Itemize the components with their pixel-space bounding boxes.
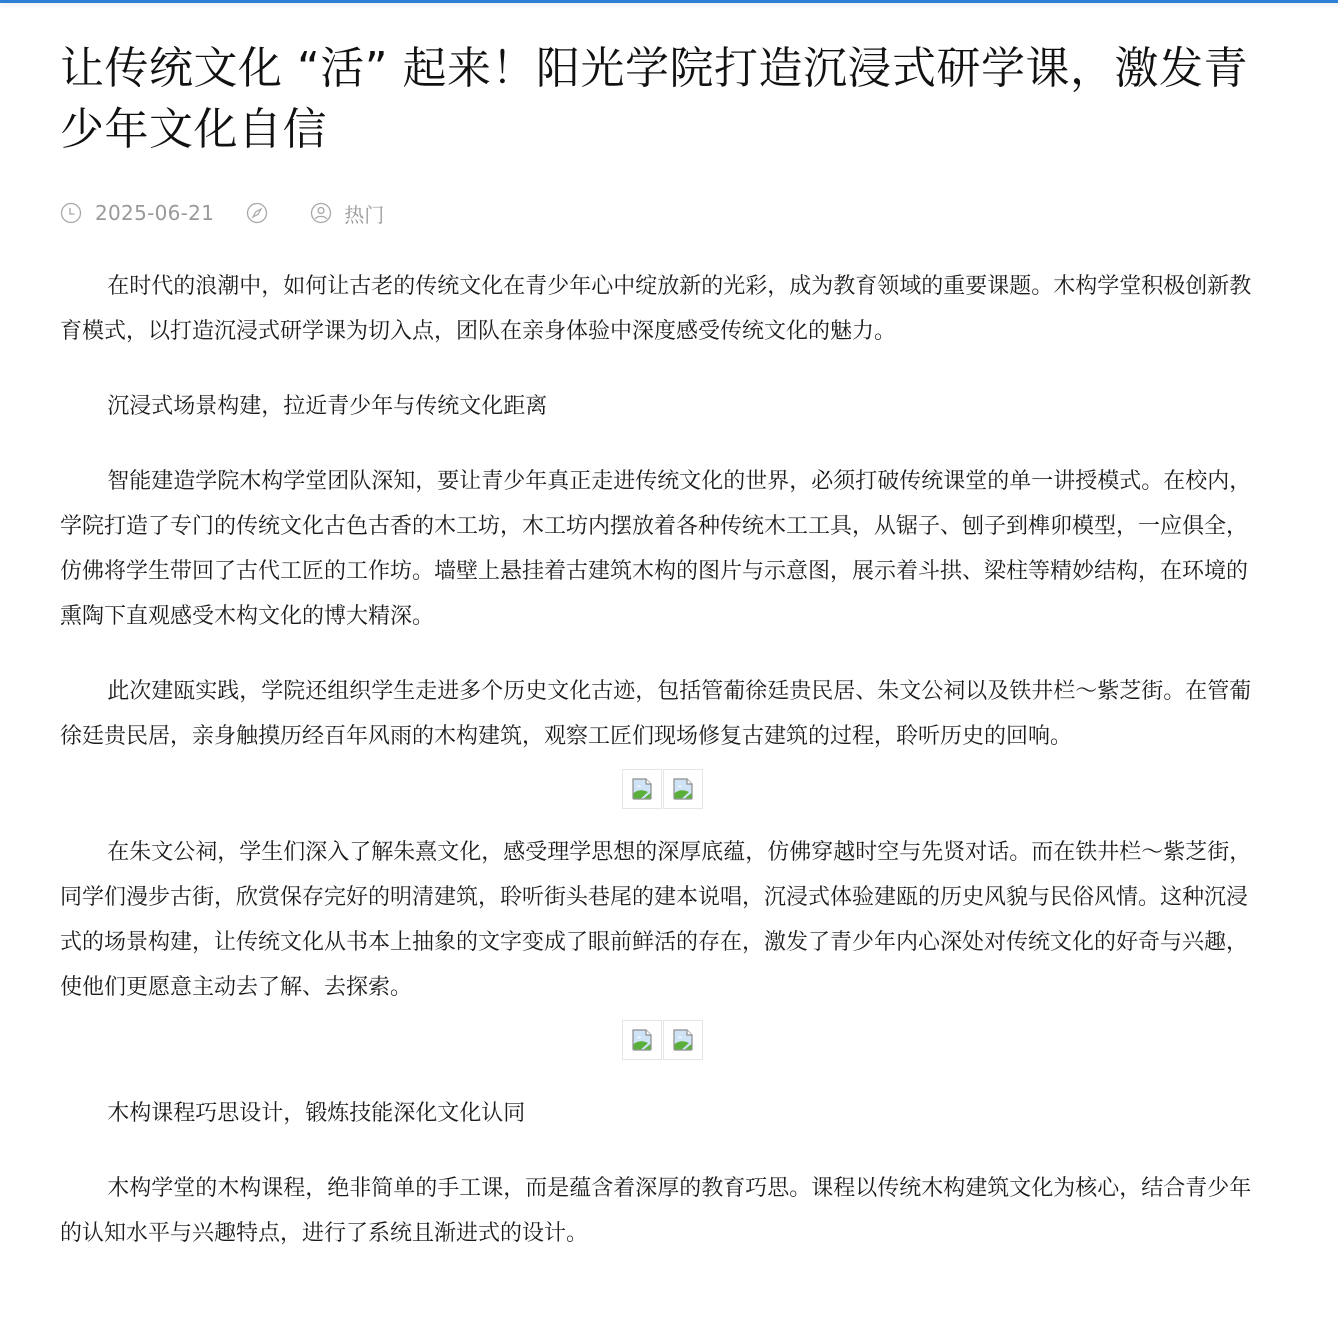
user-icon xyxy=(310,202,332,224)
section-heading: 沉浸式场景构建，拉近青少年与传统文化距离 xyxy=(60,384,1265,429)
top-accent-bar xyxy=(0,0,1338,3)
hot-tag: 热门 xyxy=(344,199,384,228)
image-row xyxy=(60,1020,1265,1061)
paragraph: 在时代的浪潮中，如何让古老的传统文化在青少年心中绽放新的光彩，成为教育领域的重要… xyxy=(60,264,1265,354)
tag-meta: 热门 xyxy=(310,199,384,228)
paragraph: 木构学堂的木构课程，绝非简单的手工课，而是蕴含着深厚的教育巧思。课程以传统木构建… xyxy=(60,1166,1265,1256)
paragraph: 此次建瓯实践，学院还组织学生走进多个历史文化古迹，包括管葡徐廷贵民居、朱文公祠以… xyxy=(60,669,1265,759)
article-body: 在时代的浪潮中，如何让古老的传统文化在青少年心中绽放新的光彩，成为教育领域的重要… xyxy=(60,264,1265,1256)
broken-image-icon xyxy=(629,776,655,802)
article-title: 让传统文化 “活” 起来！阳光学院打造沉浸式研学课，激发青少年文化自信 xyxy=(60,38,1265,160)
paragraph: 智能建造学院木构学堂团队深知，要让青少年真正走进传统文化的世界，必须打破传统课堂… xyxy=(60,459,1265,639)
article-image[interactable] xyxy=(663,769,703,809)
category-meta[interactable] xyxy=(246,202,268,224)
article-image[interactable] xyxy=(663,1020,703,1060)
clock-icon xyxy=(60,202,82,224)
section-heading: 木构课程巧思设计，锻炼技能深化文化认同 xyxy=(60,1091,1265,1136)
compass-icon[interactable] xyxy=(246,202,268,224)
date-meta: 2025-06-21 xyxy=(60,201,214,225)
broken-image-icon xyxy=(670,776,696,802)
article: 让传统文化 “活” 起来！阳光学院打造沉浸式研学课，激发青少年文化自信 2025… xyxy=(60,38,1265,1286)
image-row xyxy=(60,769,1265,810)
article-meta: 2025-06-21 热门 xyxy=(60,198,1265,228)
broken-image-icon xyxy=(670,1027,696,1053)
article-image[interactable] xyxy=(622,1020,662,1060)
publish-date: 2025-06-21 xyxy=(95,201,214,225)
article-image[interactable] xyxy=(622,769,662,809)
paragraph: 在朱文公祠，学生们深入了解朱熹文化，感受理学思想的深厚底蕴，仿佛穿越时空与先贤对… xyxy=(60,830,1265,1010)
broken-image-icon xyxy=(629,1027,655,1053)
